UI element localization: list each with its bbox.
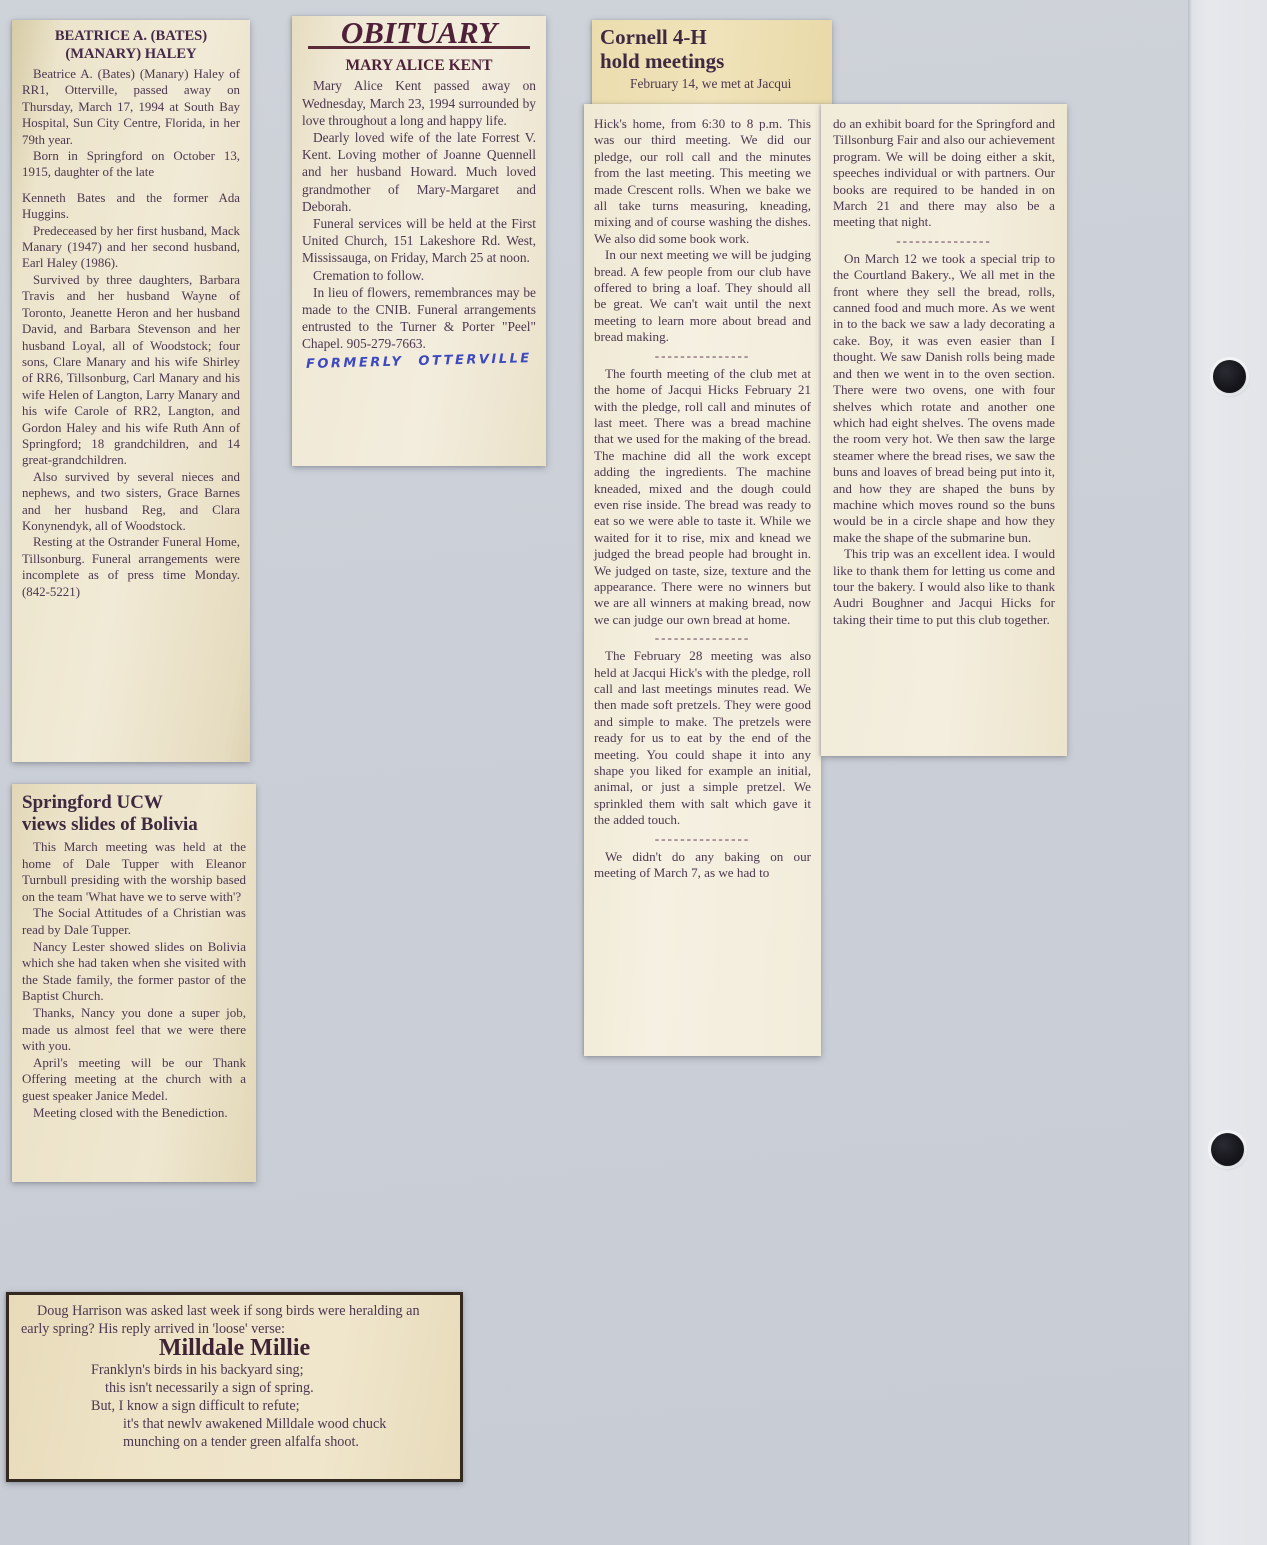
cornell-paragraph: In our next meeting we will be judging b… bbox=[594, 247, 811, 345]
cornell-headline-line2: hold meetings bbox=[600, 50, 824, 74]
binder-edge-strip bbox=[1188, 0, 1267, 1545]
cornell-paragraph: Hick's home, from 6:30 to 8 p.m. This wa… bbox=[594, 116, 811, 247]
obituary-paragraph: Funeral services will be held at the Fir… bbox=[302, 215, 536, 267]
cornell-right-column-body: do an exhibit board for the Springford a… bbox=[833, 116, 1055, 628]
obituary-paragraph: Mary Alice Kent passed away on Wednesday… bbox=[302, 77, 536, 129]
clipping-kent-obituary: OBITUARY MARY ALICE KENT Mary Alice Kent… bbox=[292, 16, 546, 466]
clipping-cornell-4h-right-column: do an exhibit board for the Springford a… bbox=[821, 104, 1067, 756]
poem-line: munching on a tender green alfalfa shoot… bbox=[123, 1434, 448, 1452]
hole-punch-bottom bbox=[1211, 1133, 1244, 1166]
milldale-title: Milldale Millie bbox=[21, 1340, 448, 1358]
beatrice-paragraph: Also survived by several nieces and neph… bbox=[22, 469, 240, 535]
obituary-deceased-name: MARY ALICE KENT bbox=[302, 57, 536, 74]
obituary-paragraph: Cremation to follow. bbox=[302, 267, 536, 284]
cornell-paragraph: --------------- bbox=[594, 829, 811, 849]
springford-paragraph: The Social Attitudes of a Christian was … bbox=[22, 905, 246, 938]
clipping-cornell-4h-headline: Cornell 4-H hold meetings February 14, w… bbox=[592, 20, 832, 106]
springford-paragraph: Nancy Lester showed slides on Bolivia wh… bbox=[22, 939, 246, 1005]
beatrice-paragraph: Survived by three daughters, Barbara Tra… bbox=[22, 272, 240, 469]
poem-line: But, I know a sign difficult to refute; bbox=[91, 1398, 448, 1416]
cornell-paragraph: --------------- bbox=[594, 628, 811, 648]
poem-line: it's that newlv awakened Milldale wood c… bbox=[123, 1416, 448, 1434]
springford-body: This March meeting was held at the home … bbox=[22, 839, 246, 1121]
beatrice-title-line2: (MANARY) HALEY bbox=[22, 46, 240, 64]
cornell-headline-line1: Cornell 4-H bbox=[600, 26, 824, 50]
beatrice-paragraph: Beatrice A. (Bates) (Manary) Haley of RR… bbox=[22, 66, 240, 148]
cornell-paragraph: The February 28 meeting was also held at… bbox=[594, 648, 811, 828]
beatrice-paragraph: Resting at the Ostrander Funeral Home, T… bbox=[22, 534, 240, 600]
beatrice-paragraph: Born in Springford on October 13, 1915, … bbox=[22, 148, 240, 181]
beatrice-body: Beatrice A. (Bates) (Manary) Haley of RR… bbox=[22, 66, 240, 600]
poem-line: this isn't necessarily a sign of spring. bbox=[105, 1380, 448, 1398]
beatrice-title-line1: BEATRICE A. (BATES) bbox=[22, 28, 240, 46]
obituary-paragraph: Dearly loved wife of the late Forrest V.… bbox=[302, 129, 536, 215]
beatrice-paragraph: Kenneth Bates and the former Ada Huggins… bbox=[22, 190, 240, 223]
cornell-intro-line: February 14, we met at Jacqui bbox=[600, 76, 824, 92]
handwritten-note: FORMERLY OTTERVILLE bbox=[306, 350, 536, 373]
cornell-paragraph: --------------- bbox=[594, 346, 811, 366]
poem-line: Franklyn's birds in his backyard sing; bbox=[91, 1362, 448, 1380]
beatrice-paragraph: Predeceased by her first husband, Mack M… bbox=[22, 223, 240, 272]
clipping-cornell-4h-left-column: Hick's home, from 6:30 to 8 p.m. This wa… bbox=[584, 104, 821, 1056]
obituary-paragraph: In lieu of flowers, remembrances may be … bbox=[302, 284, 536, 353]
springford-headline-line1: Springford UCW bbox=[22, 792, 246, 814]
obituary-banner: OBITUARY bbox=[308, 24, 530, 49]
springford-headline-line2: views slides of Bolivia bbox=[22, 814, 246, 836]
clipping-milldale-millie-verse: Doug Harrison was asked last week if son… bbox=[6, 1292, 463, 1482]
cornell-left-column-body: Hick's home, from 6:30 to 8 p.m. This wa… bbox=[594, 116, 811, 881]
cornell-paragraph: This trip was an excellent idea. I would… bbox=[833, 546, 1055, 628]
milldale-intro: Doug Harrison was asked last week if son… bbox=[21, 1303, 448, 1339]
clipping-beatrice-haley-obituary: BEATRICE A. (BATES) (MANARY) HALEY Beatr… bbox=[12, 20, 250, 762]
cornell-paragraph: We didn't do any baking on our meeting o… bbox=[594, 849, 811, 882]
cornell-paragraph: --------------- bbox=[833, 231, 1055, 251]
cornell-paragraph: On March 12 we took a special trip to th… bbox=[833, 251, 1055, 546]
scrapbook-page: { "page": { "kind": "scrapbook page of n… bbox=[0, 0, 1267, 1545]
springford-paragraph: Thanks, Nancy you done a super job, made… bbox=[22, 1005, 246, 1055]
springford-paragraph: April's meeting will be our Thank Offeri… bbox=[22, 1055, 246, 1105]
cornell-paragraph: do an exhibit board for the Springford a… bbox=[833, 116, 1055, 231]
cornell-paragraph: The fourth meeting of the club met at th… bbox=[594, 366, 811, 629]
springford-paragraph: This March meeting was held at the home … bbox=[22, 839, 246, 905]
clipping-springford-ucw: Springford UCW views slides of Bolivia T… bbox=[12, 784, 256, 1182]
obituary-body: Mary Alice Kent passed away on Wednesday… bbox=[302, 77, 536, 352]
hole-punch-top bbox=[1213, 360, 1246, 393]
milldale-poem: Franklyn's birds in his backyard sing;th… bbox=[21, 1362, 448, 1451]
springford-paragraph: Meeting closed with the Benediction. bbox=[22, 1105, 246, 1122]
